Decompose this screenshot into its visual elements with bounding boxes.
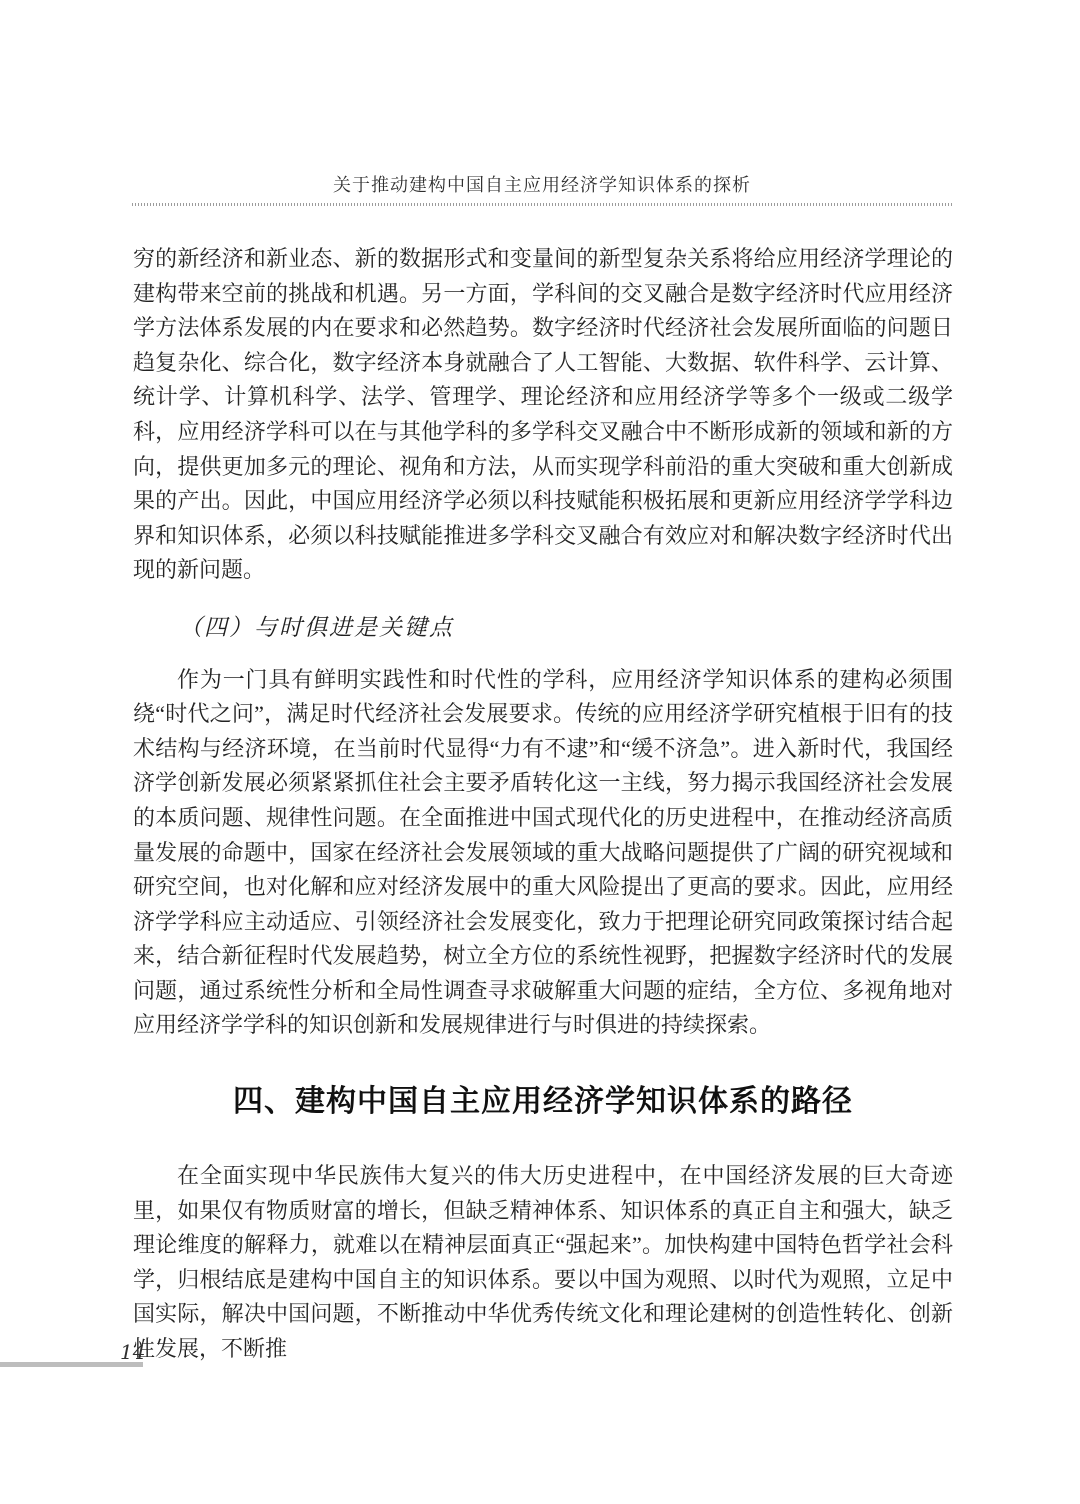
- paragraph-1: 穷的新经济和新业态、新的数据形式和变量间的新型复杂关系将给应用经济学理论的建构带…: [133, 242, 953, 588]
- section-heading: 四、建构中国自主应用经济学知识体系的路径: [133, 1082, 953, 1122]
- paragraph-2: 作为一门具有鲜明实践性和时代性的学科，应用经济学知识体系的建构必须围绕“时代之问…: [133, 663, 953, 1044]
- footer-bar: [0, 1362, 143, 1367]
- page-number: 14: [120, 1340, 145, 1364]
- page-body: 穷的新经济和新业态、新的数据形式和变量间的新型复杂关系将给应用经济学理论的建构带…: [133, 0, 953, 1367]
- subsection-heading: （四）与时俱进是关键点: [133, 611, 953, 646]
- document-page: 关于推动建构中国自主应用经济学知识体系的探析 穷的新经济和新业态、新的数据形式和…: [0, 0, 1080, 1504]
- paragraph-3: 在全面实现中华民族伟大复兴的伟大历史进程中，在中国经济发展的巨大奇迹里，如果仅有…: [133, 1159, 953, 1367]
